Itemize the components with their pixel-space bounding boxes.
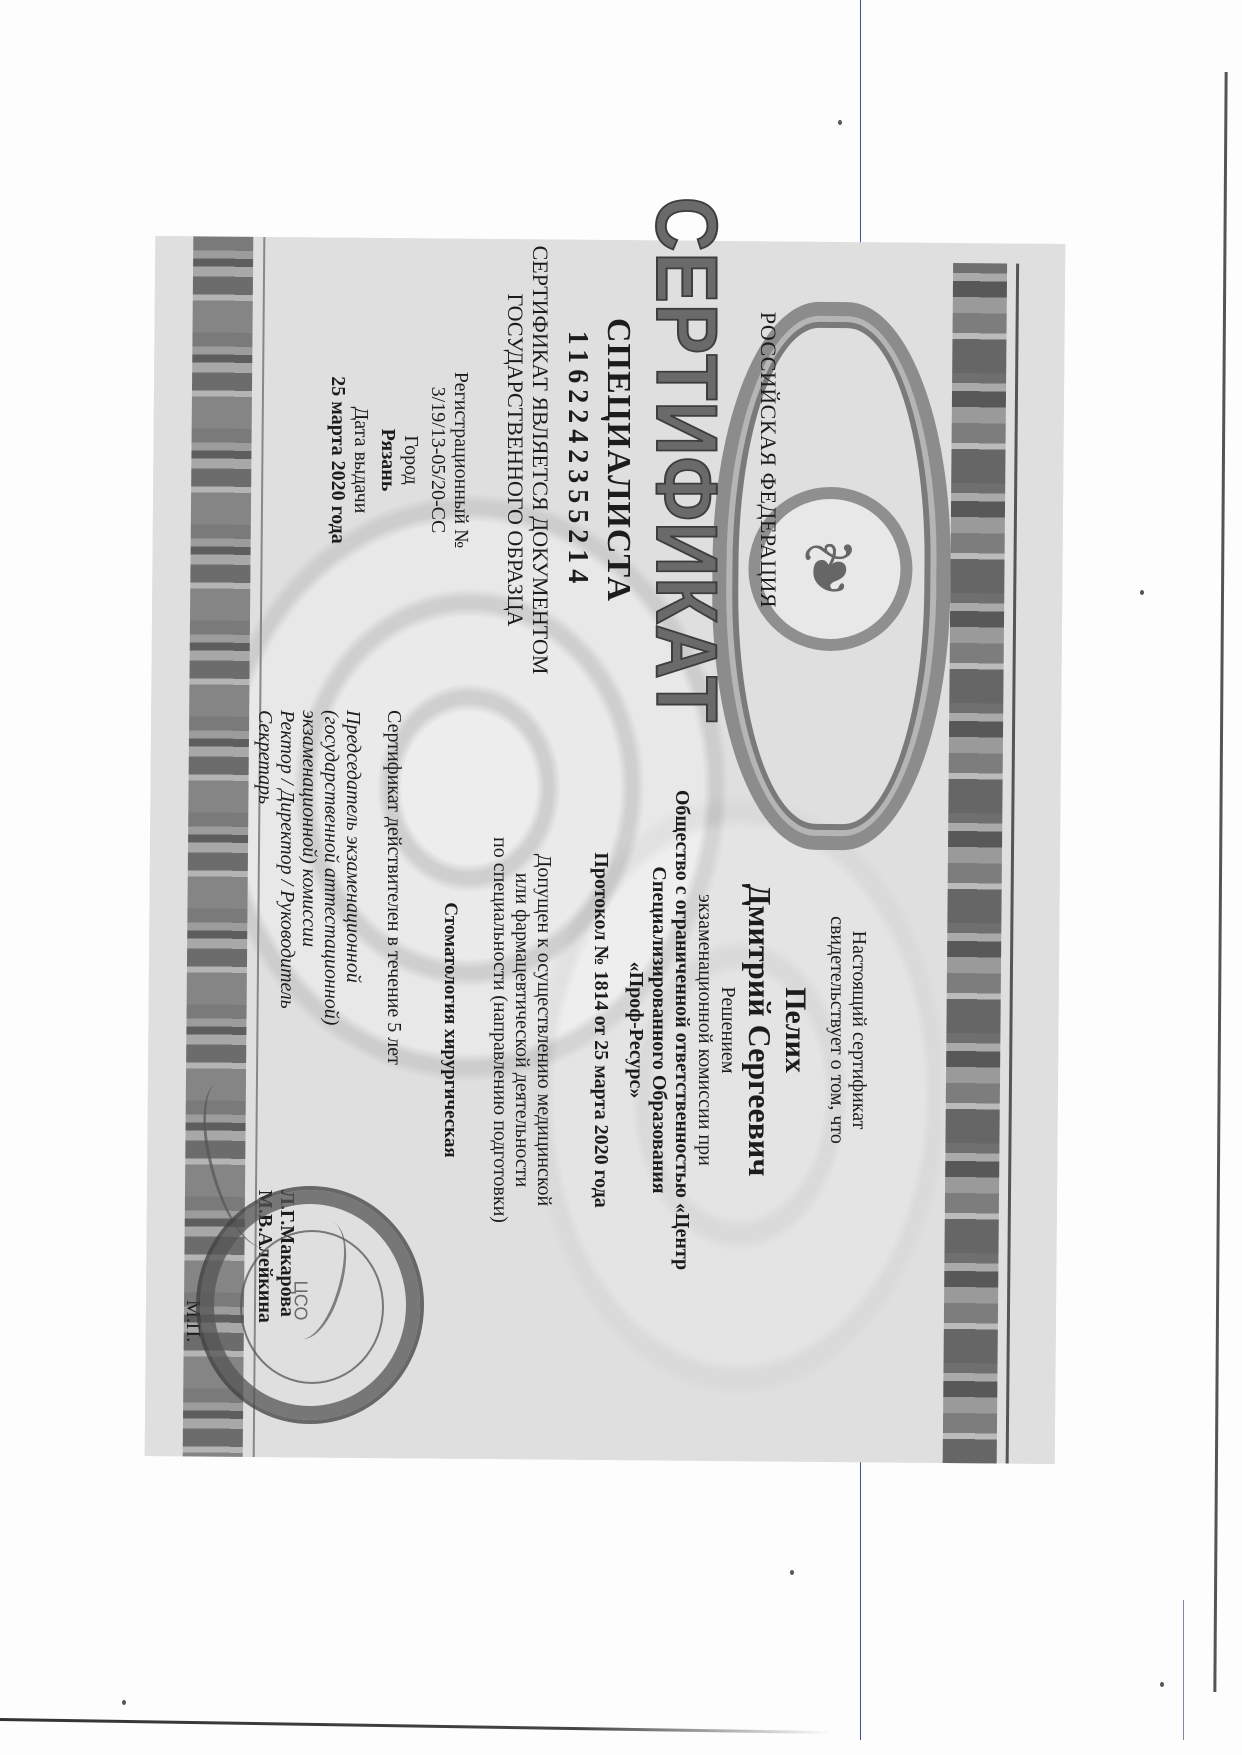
chair-title-line: экзаменационной) комиссии [298, 710, 320, 947]
secretary-label: Секретарь [254, 710, 276, 804]
specialty: Стоматология хирургическая [439, 700, 461, 1360]
director-label: Ректор / Директор / Руководитель [276, 710, 298, 1009]
certificate-title: СЕРТИФИКАТ [643, 143, 729, 777]
intro-text: Настоящий сертификат свидетельствует о т… [826, 700, 870, 1360]
intro-line: Настоящий сертификат [848, 700, 870, 1360]
page-edge-line [1213, 72, 1227, 1692]
scan-speck [790, 1570, 794, 1575]
admission-line: или фармацевтической деятельности [511, 700, 533, 1360]
organization-line: Специализированного Образования [647, 700, 670, 1360]
ornamental-border-right [943, 263, 1007, 1463]
intro-line: свидетельствует о том, что [826, 700, 848, 1360]
holder-given-names: Дмитрий Сергеевич [741, 700, 778, 1360]
organization-name: Общество с ограниченной ответственностью… [624, 700, 693, 1360]
stamp-text: ЦСО [289, 1281, 310, 1321]
decision-label: Решением [716, 700, 739, 1360]
organization-line: «Проф-Ресурс» [624, 700, 647, 1360]
scan-speck [838, 120, 842, 125]
holder-surname: Пелих [778, 700, 812, 1360]
stamp-inner-ring [240, 1230, 384, 1384]
margin-line-secondary [1183, 1600, 1184, 1740]
official-stamp: ЦСО [196, 1186, 424, 1424]
commission-line: экзаменационной комиссии при [693, 700, 716, 1360]
scan-speck [122, 1700, 126, 1705]
scan-speck [1140, 590, 1144, 595]
admission-line: по специальности (направлению подготовки… [489, 700, 511, 1360]
admission-line: Допущен к осуществлению медицинской [533, 700, 555, 1360]
admission-text: Допущен к осуществлению медицинской или … [489, 700, 555, 1360]
scan-speck [1160, 1682, 1164, 1687]
protocol-line: Протокол № 1814 от 25 марта 2020 года [589, 700, 612, 1360]
page-edge-line-bottom [0, 1718, 830, 1734]
organization-line: Общество с ограниченной ответственностью… [670, 700, 693, 1360]
